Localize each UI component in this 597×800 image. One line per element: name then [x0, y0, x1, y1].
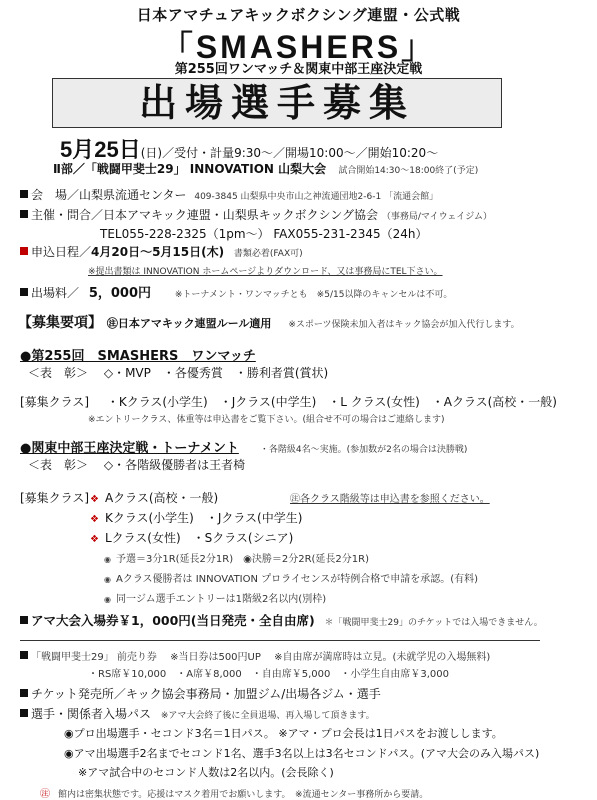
- onematch-classes: ・Kクラス(小学生) ・Jクラス(中学生) ・L クラス(女性) ・Aクラス(高…: [107, 395, 557, 409]
- footer-line: ㊟館内は密集状態です。応援はマスク着用でお願いします。 ※流通センター事務所から…: [40, 785, 428, 800]
- passes-line: 選手・関係者入場パス ※アマ大会終了後に全員退場、再入場して頂きます。: [20, 705, 375, 722]
- diamond-bullet-icon: ❖: [90, 514, 99, 525]
- event-date: 5月25日: [60, 137, 141, 162]
- pass-item: ◉プロ出場選手・セコンド3名＝1日パス。 ※アマ・プロ会長は1日パスをお渡ししま…: [64, 725, 503, 741]
- square-bullet-icon: [20, 616, 28, 624]
- pass-item: ◉アマ出場選手2名までセコンド1名、選手3名以上は3名セコンドパス。(アマ大会の…: [64, 745, 539, 761]
- footer-note: 館内は密集状態です。応援はマスク着用でお願いします。 ※流通センター事務所から要…: [58, 790, 428, 800]
- dot-bullet-icon: ◉: [104, 595, 111, 604]
- fee-line: 出場料／ 5，000円 ※トーナメント・ワンマッチとも ※5/15以降のキャンセ…: [20, 282, 452, 301]
- tournament-rule-item: ◉予選＝3分1R(延長2分1R) ◉決勝＝2分2R(延長2分1R): [104, 550, 369, 565]
- onematch-class-note: ※エントリークラス、体重等は申込書をご覧下さい。(組合せ不可の場合はご連絡します…: [88, 412, 445, 425]
- red-square-bullet-icon: [20, 247, 28, 255]
- onematch-class-label: [募集クラス]: [20, 395, 89, 409]
- square-bullet-icon: [20, 190, 28, 198]
- ama-ticket-line: アマ大会入場券￥1，000円(当日発売・全自由席) ＊「戦闘甲斐士29」のチケッ…: [20, 611, 543, 629]
- tournament-heading-line: ●関東中部王座決定戦・トーナメント ・各階級4名〜実施。(参加数が2名の場合は決…: [20, 437, 467, 456]
- requirements-line: 【募集要項】 ㊟日本アマキック連盟ルール適用 ※スポーツ保険未加入者はキック協会…: [18, 312, 520, 332]
- application-period: 4月20日〜5月15日(木): [91, 245, 224, 259]
- rule-text: 同一ジム選手エントリーは1階級2名以内(別枠): [116, 594, 326, 605]
- event-subtitle: 第255回ワンマッチ＆関東中部王座決定戦: [0, 58, 597, 77]
- ticket-sales: チケット発売所／キック協会事務局・加盟ジム/出場各ジム・選手: [31, 687, 381, 701]
- venue-line: 会 場／山梨県流通センター 409-3845 山梨県中央市山之神流通団地2-6-…: [20, 186, 438, 203]
- pro-presale-line: 「戦闘甲斐士29」 前売り券 ※当日券は500円UP ※自由席が満席時は立見。(…: [20, 648, 490, 663]
- tournament-awards: ◇・各階級優勝者は王者椅: [104, 458, 245, 472]
- dot-bullet-icon: ◉: [104, 575, 111, 584]
- application-label: 申込日程／: [31, 245, 91, 259]
- pro-presale: 「戦闘甲斐士29」 前売り券 ※当日券は500円UP ※自由席が満席時は立見。(…: [31, 652, 490, 663]
- onematch-class-line: [募集クラス] ・Kクラス(小学生) ・Jクラス(中学生) ・L クラス(女性)…: [20, 393, 557, 410]
- fee-label: 出場料／: [31, 286, 79, 300]
- passes-note: ※アマ大会終了後に全員退場、再入場して頂きます。: [161, 711, 375, 721]
- download-note: ※提出書類は INNOVATION ホームページよりダウンロード、又は事務局にT…: [88, 264, 443, 277]
- pro-prices: ・RS席￥10,000 ・A席￥8,000 ・自由席￥5,000 ・小学生自由席…: [88, 665, 449, 680]
- tournament-class-item: ❖Lクラス(女性) ・Sクラス(シニア): [90, 529, 293, 546]
- onematch-award-label: ＜表 彰＞: [28, 366, 88, 380]
- event-schedule: (日)／受付・計量9:30〜／開場10:00〜／開始10:20〜: [141, 146, 438, 160]
- onematch-heading: ●第255回 SMASHERS ワンマッチ: [20, 345, 256, 364]
- passes-label: 選手・関係者入場パス: [31, 707, 151, 721]
- organizer-line: 主催・問合／日本アマキック連盟・山梨県キックボクシング協会 （事務局/マイウェイ…: [20, 206, 492, 223]
- main-title-box: 出場選手募集: [52, 78, 502, 128]
- class-label: Aクラス(高校・一般): [105, 491, 218, 505]
- organizer-label: 主催・問合／日本アマキック連盟・山梨県キックボクシング協会: [31, 208, 378, 222]
- main-title: 出場選手募集: [139, 81, 415, 125]
- ama-ticket-note: ＊「戦闘甲斐士29」のチケットでは入場できません。: [325, 618, 543, 628]
- venue-label: 会 場／山梨県流通センター: [31, 188, 187, 202]
- diamond-bullet-icon: ❖: [90, 494, 99, 505]
- pass-item: ※アマ試合中のセコンド人数は2名以内。(会長除く): [78, 764, 334, 780]
- square-bullet-icon: [20, 210, 28, 218]
- rule-text: Aクラス優勝者は INNOVATION プロライセンスが特例合格で申請を承認。(…: [116, 574, 478, 585]
- square-bullet-icon: [20, 689, 28, 697]
- square-bullet-icon: [20, 288, 28, 296]
- section-divider: [20, 640, 540, 641]
- organizer-office: （事務局/マイウェイジム）: [382, 212, 492, 222]
- onematch-awards: ◇・MVP ・各優秀賞 ・勝利者賞(賞状): [104, 366, 328, 380]
- part2-label: Ⅱ部／「戦闘甲斐士29」 INNOVATION 山梨大会: [53, 162, 326, 176]
- rule-note: ㊟日本アマキック連盟ルール適用: [107, 317, 272, 330]
- fee-note: ※トーナメント・ワンマッチとも ※5/15以降のキャンセルは不可。: [175, 290, 453, 300]
- class-reference-note: ㊟各クラス階級等は申込書を参照ください。: [290, 490, 490, 505]
- venue-address: 409-3845 山梨県中央市山之神流通団地2-6-1 「流通会館」: [194, 192, 438, 202]
- tournament-awards-line: ＜表 彰＞ ◇・各階級優勝者は王者椅: [28, 456, 245, 473]
- fee-amount: 5，000円: [89, 286, 151, 301]
- onematch-awards-line: ＜表 彰＞ ◇・MVP ・各優秀賞 ・勝利者賞(賞状): [28, 364, 328, 381]
- application-line: 申込日程／4月20日〜5月15日(木) 書類必着(FAX可): [20, 243, 303, 260]
- diamond-bullet-icon: ❖: [90, 534, 99, 545]
- organizer-contact: TEL055-228-2325（1pm〜） FAX055-231-2345（24…: [100, 225, 427, 242]
- requirements-title: 【募集要項】: [18, 315, 102, 331]
- dot-bullet-icon: ◉: [104, 555, 111, 564]
- tournament-award-label: ＜表 彰＞: [28, 458, 88, 472]
- square-bullet-icon: [20, 651, 28, 659]
- insurance-note: ※スポーツ保険未加入者はキック協会が加入代行します。: [288, 320, 519, 330]
- square-bullet-icon: [20, 709, 28, 717]
- tournament-class-item: ❖Kクラス(小学生) ・Jクラス(中学生): [90, 509, 302, 526]
- tournament-heading-note: ・各階級4名〜実施。(参加数が2名の場合は決勝戦): [260, 445, 467, 455]
- tournament-class-item: ❖Aクラス(高校・一般): [90, 489, 218, 506]
- rule-text: 予選＝3分1R(延長2分1R) ◉決勝＝2分2R(延長2分1R): [116, 554, 369, 565]
- ama-ticket: アマ大会入場券￥1，000円(当日発売・全自由席): [31, 613, 315, 628]
- attention-mark-icon: ㊟: [40, 789, 50, 800]
- tournament-class-label: [募集クラス]: [20, 489, 89, 506]
- tournament-rule-item: ◉同一ジム選手エントリーは1階級2名以内(別枠): [104, 590, 326, 605]
- tournament-rule-item: ◉Aクラス優勝者は INNOVATION プロライセンスが特例合格で申請を承認。…: [104, 570, 478, 585]
- part2-line: Ⅱ部／「戦闘甲斐士29」 INNOVATION 山梨大会 試合開始14:30〜1…: [53, 160, 478, 177]
- part2-time: 試合開始14:30〜18:00終了(予定): [338, 166, 478, 176]
- class-label: Lクラス(女性) ・Sクラス(シニア): [105, 531, 293, 545]
- class-label: Kクラス(小学生) ・Jクラス(中学生): [105, 511, 302, 525]
- application-note: 書類必着(FAX可): [234, 249, 303, 259]
- tournament-heading: ●関東中部王座決定戦・トーナメント: [20, 441, 239, 456]
- ticket-sales-line: チケット発売所／キック協会事務局・加盟ジム/出場各ジム・選手: [20, 685, 381, 702]
